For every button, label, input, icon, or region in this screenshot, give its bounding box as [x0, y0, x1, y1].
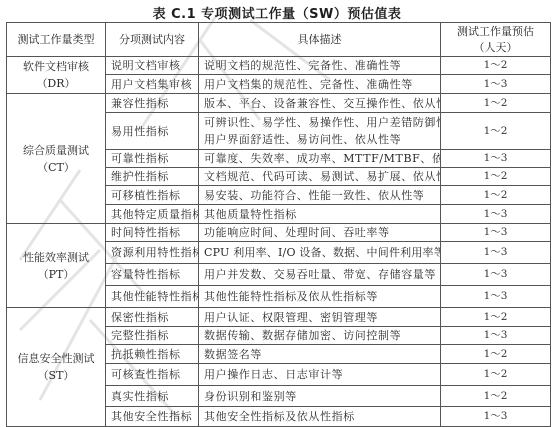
- sub-item: 抗抵赖性指标: [106, 345, 199, 364]
- header-type: 测试工作量类型: [7, 23, 106, 57]
- estimate: 1～3: [441, 286, 551, 308]
- sub-item: 其他安全性指标: [106, 407, 199, 427]
- sub-item: 说明文档审核: [106, 57, 199, 75]
- sub-item: 容量特性指标: [106, 264, 199, 286]
- estimate: 1～3: [441, 205, 551, 224]
- group-code: （PT）: [12, 266, 100, 283]
- estimate: 1～3: [441, 407, 551, 427]
- description: 其他性能特性指标及依从性指标等: [199, 286, 441, 308]
- group-name: 综合质量测试: [12, 142, 100, 159]
- description: 功能响应时间、处理时间、吞吐率等: [199, 224, 441, 242]
- group-name: 软件文档审核: [12, 58, 100, 75]
- description: 说明文档的规范性、完备性、准确性等: [199, 57, 441, 75]
- estimate: 1～3: [441, 75, 551, 94]
- sub-item: 可核查性指标: [106, 364, 199, 386]
- description-line1: 可辨识性、易学性、易操作性、用户差错防御性、: [204, 114, 435, 131]
- description: 版本、平台、设备兼容性、交互操作性、依从性等: [199, 94, 441, 113]
- group-code: （ST）: [12, 367, 100, 384]
- sub-item: 保密性指标: [106, 308, 199, 327]
- description: 用户操作日志、日志审计等: [199, 364, 441, 386]
- description: 其他质量特性指标: [199, 205, 441, 224]
- group-code: （CT）: [12, 159, 100, 176]
- description: 数据签名等: [199, 345, 441, 364]
- header-estimate: 测试工作量预估 （人天）: [441, 23, 551, 57]
- estimate: 1～3: [441, 327, 551, 345]
- estimate: 1～3: [441, 150, 551, 168]
- group-cell-pt: 性能效率测试 （PT）: [7, 224, 106, 308]
- group-cell-dr: 软件文档审核 （DR）: [7, 57, 106, 94]
- estimate: 1～2: [441, 186, 551, 205]
- sub-item: 用户文档集审核: [106, 75, 199, 94]
- group-name: 性能效率测试: [12, 249, 100, 266]
- sub-item: 真实性指标: [106, 386, 199, 407]
- description: 用户认证、权限管理、密钥管理等: [199, 308, 441, 327]
- estimate: 1～2: [441, 168, 551, 186]
- header-row: 测试工作量类型 分项测试内容 具体描述 测试工作量预估 （人天）: [7, 23, 551, 57]
- workload-estimate-table: 测试工作量类型 分项测试内容 具体描述 测试工作量预估 （人天） 软件文档审核 …: [6, 22, 551, 427]
- estimate: 1～2: [441, 57, 551, 75]
- description: 易安装、功能符合、性能一致性、依从性等: [199, 186, 441, 205]
- sub-item: 完整性指标: [106, 327, 199, 345]
- group-name: 信息安全性测试: [12, 350, 100, 367]
- description: 可辨识性、易学性、易操作性、用户差错防御性、 用户界面舒适性、易访问性、依从性等: [199, 113, 441, 150]
- estimate: 1～2: [441, 113, 551, 150]
- sub-item: 时间特性指标: [106, 224, 199, 242]
- estimate: 1～3: [441, 224, 551, 242]
- description: 身份识别和鉴别等: [199, 386, 441, 407]
- sub-item: 维护性指标: [106, 168, 199, 186]
- estimate: 1～2: [441, 94, 551, 113]
- sub-item: 易用性指标: [106, 113, 199, 150]
- sub-item: 其他性能特性指标: [106, 286, 199, 308]
- header-desc: 具体描述: [199, 23, 441, 57]
- header-sub: 分项测试内容: [106, 23, 199, 57]
- estimate: 1～2: [441, 308, 551, 327]
- header-estimate-line1: 测试工作量预估: [446, 24, 545, 40]
- description: 数据传输、数据存储加密、访问控制等: [199, 327, 441, 345]
- table-row: 信息安全性测试 （ST） 保密性指标 用户认证、权限管理、密钥管理等 1～2: [7, 308, 551, 327]
- description-line2: 用户界面舒适性、易访问性、依从性等: [204, 131, 435, 148]
- table-row: 综合质量测试 （CT） 兼容性指标 版本、平台、设备兼容性、交互操作性、依从性等…: [7, 94, 551, 113]
- header-estimate-line2: （人天）: [446, 40, 545, 56]
- estimate: 1～2: [441, 386, 551, 407]
- sub-item: 可靠性指标: [106, 150, 199, 168]
- group-code: （DR）: [12, 75, 100, 92]
- group-cell-ct: 综合质量测试 （CT）: [7, 94, 106, 224]
- description: 用户文档集的规范性、完备性、准确性等: [199, 75, 441, 94]
- estimate: 1～3: [441, 242, 551, 264]
- description: 其他安全性指标及依从性指标: [199, 407, 441, 427]
- table-row: 性能效率测试 （PT） 时间特性指标 功能响应时间、处理时间、吞吐率等 1～3: [7, 224, 551, 242]
- sub-item: 可移植性指标: [106, 186, 199, 205]
- group-cell-st: 信息安全性测试 （ST）: [7, 308, 106, 427]
- sub-item: 其他特定质量指标: [106, 205, 199, 224]
- description: 文档规范、代码可读、易测试、易扩展、依从性等: [199, 168, 441, 186]
- description: 用户并发数、交易吞吐量、带宽、存储容量等: [199, 264, 441, 286]
- sub-item: 兼容性指标: [106, 94, 199, 113]
- estimate: 1～2: [441, 345, 551, 364]
- estimate: 1～2: [441, 364, 551, 386]
- table-row: 软件文档审核 （DR） 说明文档审核 说明文档的规范性、完备性、准确性等 1～2: [7, 57, 551, 75]
- estimate: 1～3: [441, 264, 551, 286]
- sub-item: 资源利用特性指标: [106, 242, 199, 264]
- table-title: 表 C.1 专项测试工作量（SW）预估值表: [0, 3, 554, 22]
- description: CPU 利用率、I/O 设备、数据、中间件利用率等: [199, 242, 441, 264]
- description: 可靠度、失效率、成功率、MTTF/MTBF、依从性等: [199, 150, 441, 168]
